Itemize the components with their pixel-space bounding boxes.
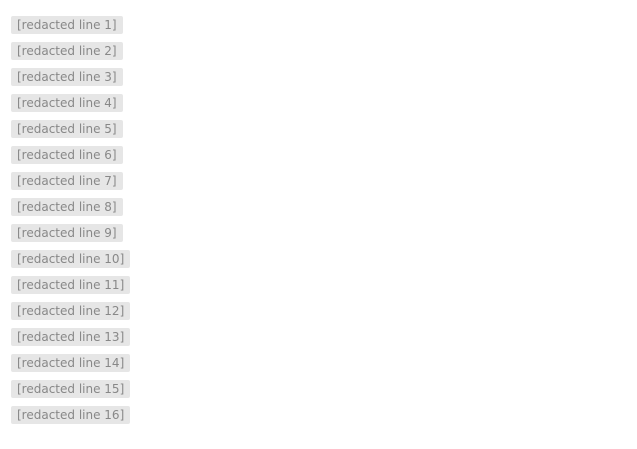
text-line: [redacted line 9]	[11, 220, 637, 246]
text-line: [redacted line 7]	[11, 168, 637, 194]
redacted-text: [redacted line 15]	[11, 380, 130, 398]
redacted-text: [redacted line 9]	[11, 224, 123, 242]
text-line: [redacted line 5]	[11, 116, 637, 142]
redacted-text: [redacted line 16]	[11, 406, 130, 424]
text-line: [redacted line 11]	[11, 272, 637, 298]
redacted-text: [redacted line 5]	[11, 120, 123, 138]
text-line: [redacted line 1]	[11, 12, 637, 38]
text-line: [redacted line 12]	[11, 298, 637, 324]
redacted-text: [redacted line 13]	[11, 328, 130, 346]
redacted-text: [redacted line 2]	[11, 42, 123, 60]
text-line: [redacted line 8]	[11, 194, 637, 220]
text-line: [redacted line 10]	[11, 246, 637, 272]
redacted-text: [redacted line 11]	[11, 276, 130, 294]
redacted-text: [redacted line 7]	[11, 172, 123, 190]
text-line: [redacted line 14]	[11, 350, 637, 376]
redacted-text: [redacted line 6]	[11, 146, 123, 164]
text-line: [redacted line 15]	[11, 376, 637, 402]
text-line: [redacted line 4]	[11, 90, 637, 116]
text-line: [redacted line 3]	[11, 64, 637, 90]
text-line: [redacted line 13]	[11, 324, 637, 350]
redacted-text: [redacted line 8]	[11, 198, 123, 216]
redacted-text: [redacted line 3]	[11, 68, 123, 86]
document-body: [redacted line 1] [redacted line 2] [red…	[0, 0, 637, 428]
text-line: [redacted line 2]	[11, 38, 637, 64]
text-line: [redacted line 16]	[11, 402, 637, 428]
redacted-text: [redacted line 1]	[11, 16, 123, 34]
redacted-text: [redacted line 4]	[11, 94, 123, 112]
text-line: [redacted line 6]	[11, 142, 637, 168]
redacted-text: [redacted line 12]	[11, 302, 130, 320]
redacted-text: [redacted line 14]	[11, 354, 130, 372]
redacted-text: [redacted line 10]	[11, 250, 130, 268]
